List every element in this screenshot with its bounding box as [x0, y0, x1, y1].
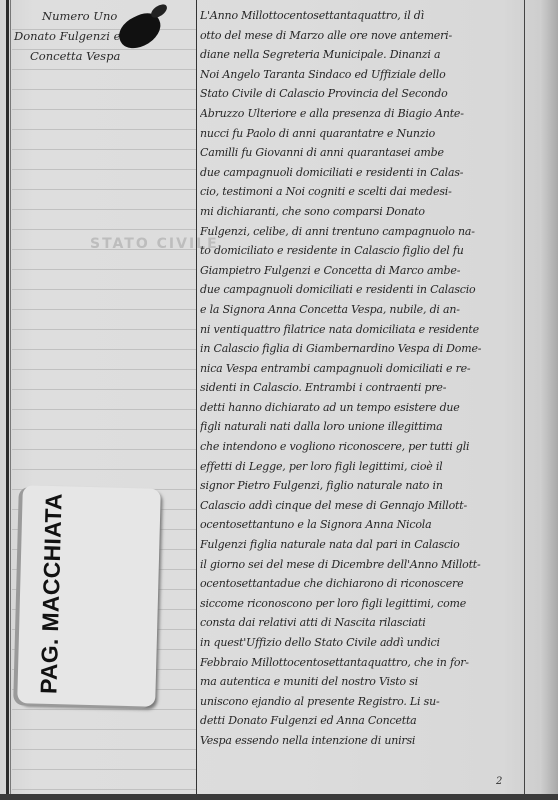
text-line: Calascio addì cinque del mese di Gennajo… — [200, 496, 522, 516]
text-line: Stato Civile di Calascio Provincia del S… — [200, 84, 522, 104]
text-line: Vespa essendo nella intenzione di unirsi — [200, 731, 522, 751]
text-line: che intendono e vogliono riconoscere, pe… — [200, 437, 522, 457]
text-line: Giampietro Fulgenzi e Concetta di Marco … — [200, 261, 522, 281]
text-line: Febbraio Millottocentosettantaquattro, c… — [200, 653, 522, 673]
margin-note-line: Concetta Vespa — [14, 46, 194, 66]
margin-note-line: Donato Fulgenzi e Anna — [14, 26, 194, 46]
text-line: mi dichiaranti, che sono comparsi Donato — [200, 202, 522, 222]
text-line: siccome riconoscono per loro figli legit… — [200, 594, 522, 614]
text-line: figli naturali nati dalla loro unione il… — [200, 417, 522, 437]
margin-note: Numero Uno Donato Fulgenzi e Anna Concet… — [14, 6, 194, 66]
text-line: due campagnuoli domiciliati e residenti … — [200, 280, 522, 300]
text-line: uniscono ejandio al presente Registro. L… — [200, 692, 522, 712]
left-border-rule — [6, 0, 9, 800]
text-line: due campagnuoli domiciliati e residenti … — [200, 163, 522, 183]
text-line: sidenti in Calascio. Entrambi i contraen… — [200, 378, 522, 398]
text-line: Fulgenzi figlia naturale nata dal pari i… — [200, 535, 522, 555]
text-line: Abruzzo Ulteriore e alla presenza di Bia… — [200, 104, 522, 124]
margin-column-divider — [196, 0, 197, 795]
text-line: to domiciliato e residente in Calascio f… — [200, 241, 522, 261]
text-line: il giorno sei del mese di Dicembre dell'… — [200, 555, 522, 575]
text-line: ma autentica e muniti del nostro Visto s… — [200, 672, 522, 692]
text-line: nica Vespa entrambi campagnuoli domicili… — [200, 359, 522, 379]
text-line: cio, testimoni a Noi cogniti e scelti da… — [200, 182, 522, 202]
text-line: detti Donato Fulgenzi ed Anna Concetta — [200, 711, 522, 731]
text-line: nucci fu Paolo di anni quarantatre e Nun… — [200, 124, 522, 144]
text-line: Fulgenzi, celibe, di anni trentuno campa… — [200, 222, 522, 242]
right-border-rule — [524, 0, 525, 795]
stained-page-label: PAG. MACCHIATA — [17, 485, 161, 707]
text-line: e la Signora Anna Concetta Vespa, nubile… — [200, 300, 522, 320]
text-line: L'Anno Millottocentosettantaquattro, il … — [200, 6, 522, 26]
page-gutter-shadow — [540, 0, 558, 800]
page-continuation-mark: 2 — [496, 776, 502, 787]
left-border-rule-inner — [10, 0, 11, 800]
text-line: effetti di Legge, per loro figli legitti… — [200, 457, 522, 477]
document-page: STATO CIVILE Numero Uno Donato Fulgenzi … — [0, 0, 558, 800]
text-line: Camilli fu Giovanni di anni quarantasei … — [200, 143, 522, 163]
text-line: ocentosettantadue che dichiarono di rico… — [200, 574, 522, 594]
text-line: in quest'Uffizio dello Stato Civile addì… — [200, 633, 522, 653]
text-line: in Calascio figlia di Giambernardino Ves… — [200, 339, 522, 359]
text-line: signor Pietro Fulgenzi, figlio naturale … — [200, 476, 522, 496]
text-line: ni ventiquattro filatrice nata domicilia… — [200, 320, 522, 340]
page-bottom-edge — [0, 794, 558, 800]
text-line: Noi Angelo Taranta Sindaco ed Uffiziale … — [200, 65, 522, 85]
act-body-text: L'Anno Millottocentosettantaquattro, il … — [200, 6, 522, 751]
text-line: detti hanno dichiarato ad un tempo esist… — [200, 398, 522, 418]
stamp-label-text: PAG. MACCHIATA — [35, 493, 67, 695]
text-line: otto del mese di Marzo alle ore nove ant… — [200, 26, 522, 46]
text-line: diane nella Segreteria Municipale. Dinan… — [200, 45, 522, 65]
text-line: consta dai relativi atti di Nascita rila… — [200, 613, 522, 633]
text-line: ocentosettantuno e la Signora Anna Nicol… — [200, 515, 522, 535]
